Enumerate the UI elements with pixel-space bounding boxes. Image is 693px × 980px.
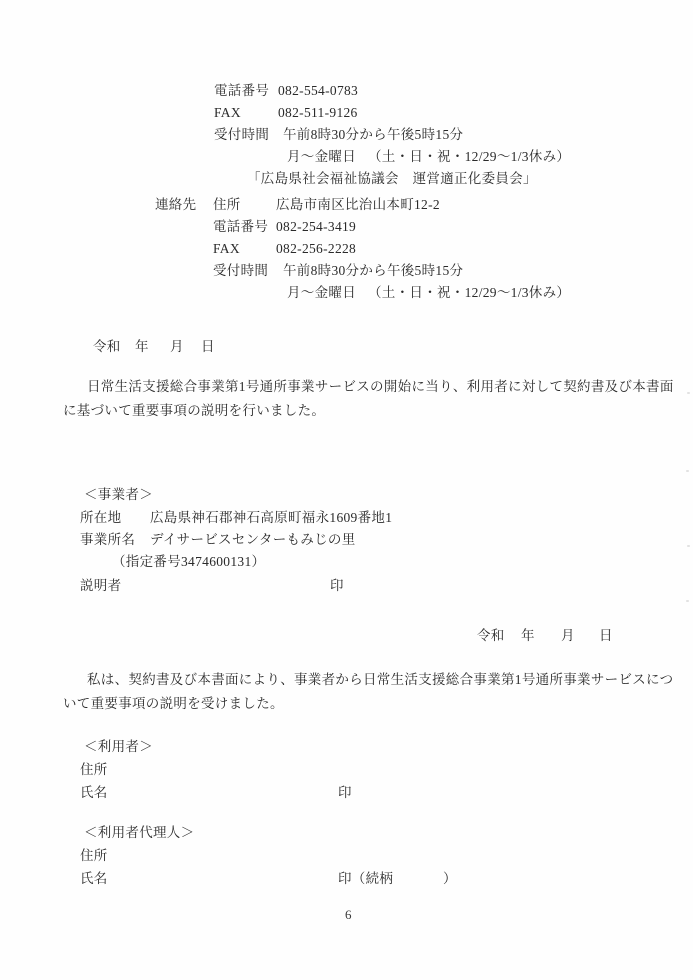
committee-hours-label: 受付時間 (214, 126, 269, 144)
user-date-month: 月 (561, 627, 575, 645)
user-date-day: 日 (599, 627, 613, 645)
user-declaration-line2: いて重要事項の説明を受けました。 (63, 695, 284, 713)
committee-phone-label: 電話番号 (214, 82, 269, 100)
org-address-label: 住所 (213, 196, 241, 214)
provider-date-month: 月 (170, 338, 184, 356)
org-phone-label: 電話番号 (213, 218, 268, 236)
scan-artifact (686, 600, 689, 602)
provider-designation-number: （指定番号3474600131） (112, 553, 265, 571)
scan-artifact (687, 392, 690, 394)
committee-org-name: 「広島県社会福祉協議会 運営適正化委員会」 (247, 170, 537, 188)
page-number: 6 (345, 906, 352, 924)
committee-fax-value: 082-511-9126 (278, 104, 358, 122)
org-fax-value: 082-256-2228 (276, 240, 356, 258)
committee-fax-label: FAX (214, 104, 241, 122)
org-hours-days: 月～金曜日 (287, 284, 356, 302)
org-hours-note: （土・日・祝・12/29～1/3休み） (368, 284, 570, 302)
org-address-value: 広島市南区比治山本町12-2 (276, 196, 440, 214)
user-seal-mark: 印 (338, 784, 352, 802)
provider-date-era: 令和 (93, 338, 121, 356)
provider-date-day: 日 (201, 338, 215, 356)
committee-hours-note: （土・日・祝・12/29～1/3休み） (368, 148, 570, 166)
provider-declaration-line2: に基づいて重要事項の説明を行いました。 (63, 402, 325, 420)
user-date-era: 令和 (477, 627, 505, 645)
provider-declaration-line1: 日常生活支援総合事業第1号通所事業サービスの開始に当り、利用者に対して契約書及び… (87, 378, 674, 396)
provider-date-year: 年 (135, 338, 149, 356)
user-address-label: 住所 (80, 761, 108, 779)
org-contact-label: 連絡先 (155, 196, 196, 214)
provider-address-label: 所在地 (80, 509, 121, 527)
user-date-year: 年 (521, 627, 535, 645)
proxy-heading: ＜利用者代理人＞ (84, 824, 194, 842)
provider-seal-mark: 印 (330, 577, 344, 595)
org-hours-value: 午前8時30分から午後5時15分 (283, 262, 463, 280)
proxy-name-label: 氏名 (80, 870, 108, 888)
provider-explainer-label: 説明者 (80, 577, 121, 595)
document-page: 電話番号 082-554-0783 FAX 082-511-9126 受付時間 … (0, 0, 693, 980)
proxy-seal-mark: 印（続柄 (338, 870, 393, 888)
proxy-seal-close: ） (443, 870, 457, 888)
provider-address-value: 広島県神石郡神石高原町福永1609番地1 (150, 509, 392, 527)
user-declaration-line1: 私は、契約書及び本書面により、事業者から日常生活支援総合事業第1号通所事業サービ… (87, 671, 673, 689)
committee-hours-days: 月～金曜日 (287, 148, 356, 166)
scan-artifact (686, 470, 689, 472)
committee-hours-value: 午前8時30分から午後5時15分 (283, 126, 463, 144)
provider-office-value: デイサービスセンターもみじの里 (150, 531, 356, 549)
scan-artifact (687, 545, 690, 547)
org-hours-label: 受付時間 (213, 262, 268, 280)
provider-office-label: 事業所名 (80, 531, 135, 549)
provider-heading: ＜事業者＞ (84, 486, 153, 504)
user-name-label: 氏名 (80, 784, 108, 802)
org-phone-value: 082-254-3419 (276, 218, 356, 236)
user-heading: ＜利用者＞ (84, 738, 153, 756)
org-fax-label: FAX (213, 240, 240, 258)
proxy-address-label: 住所 (80, 847, 108, 865)
committee-phone-value: 082-554-0783 (278, 82, 358, 100)
